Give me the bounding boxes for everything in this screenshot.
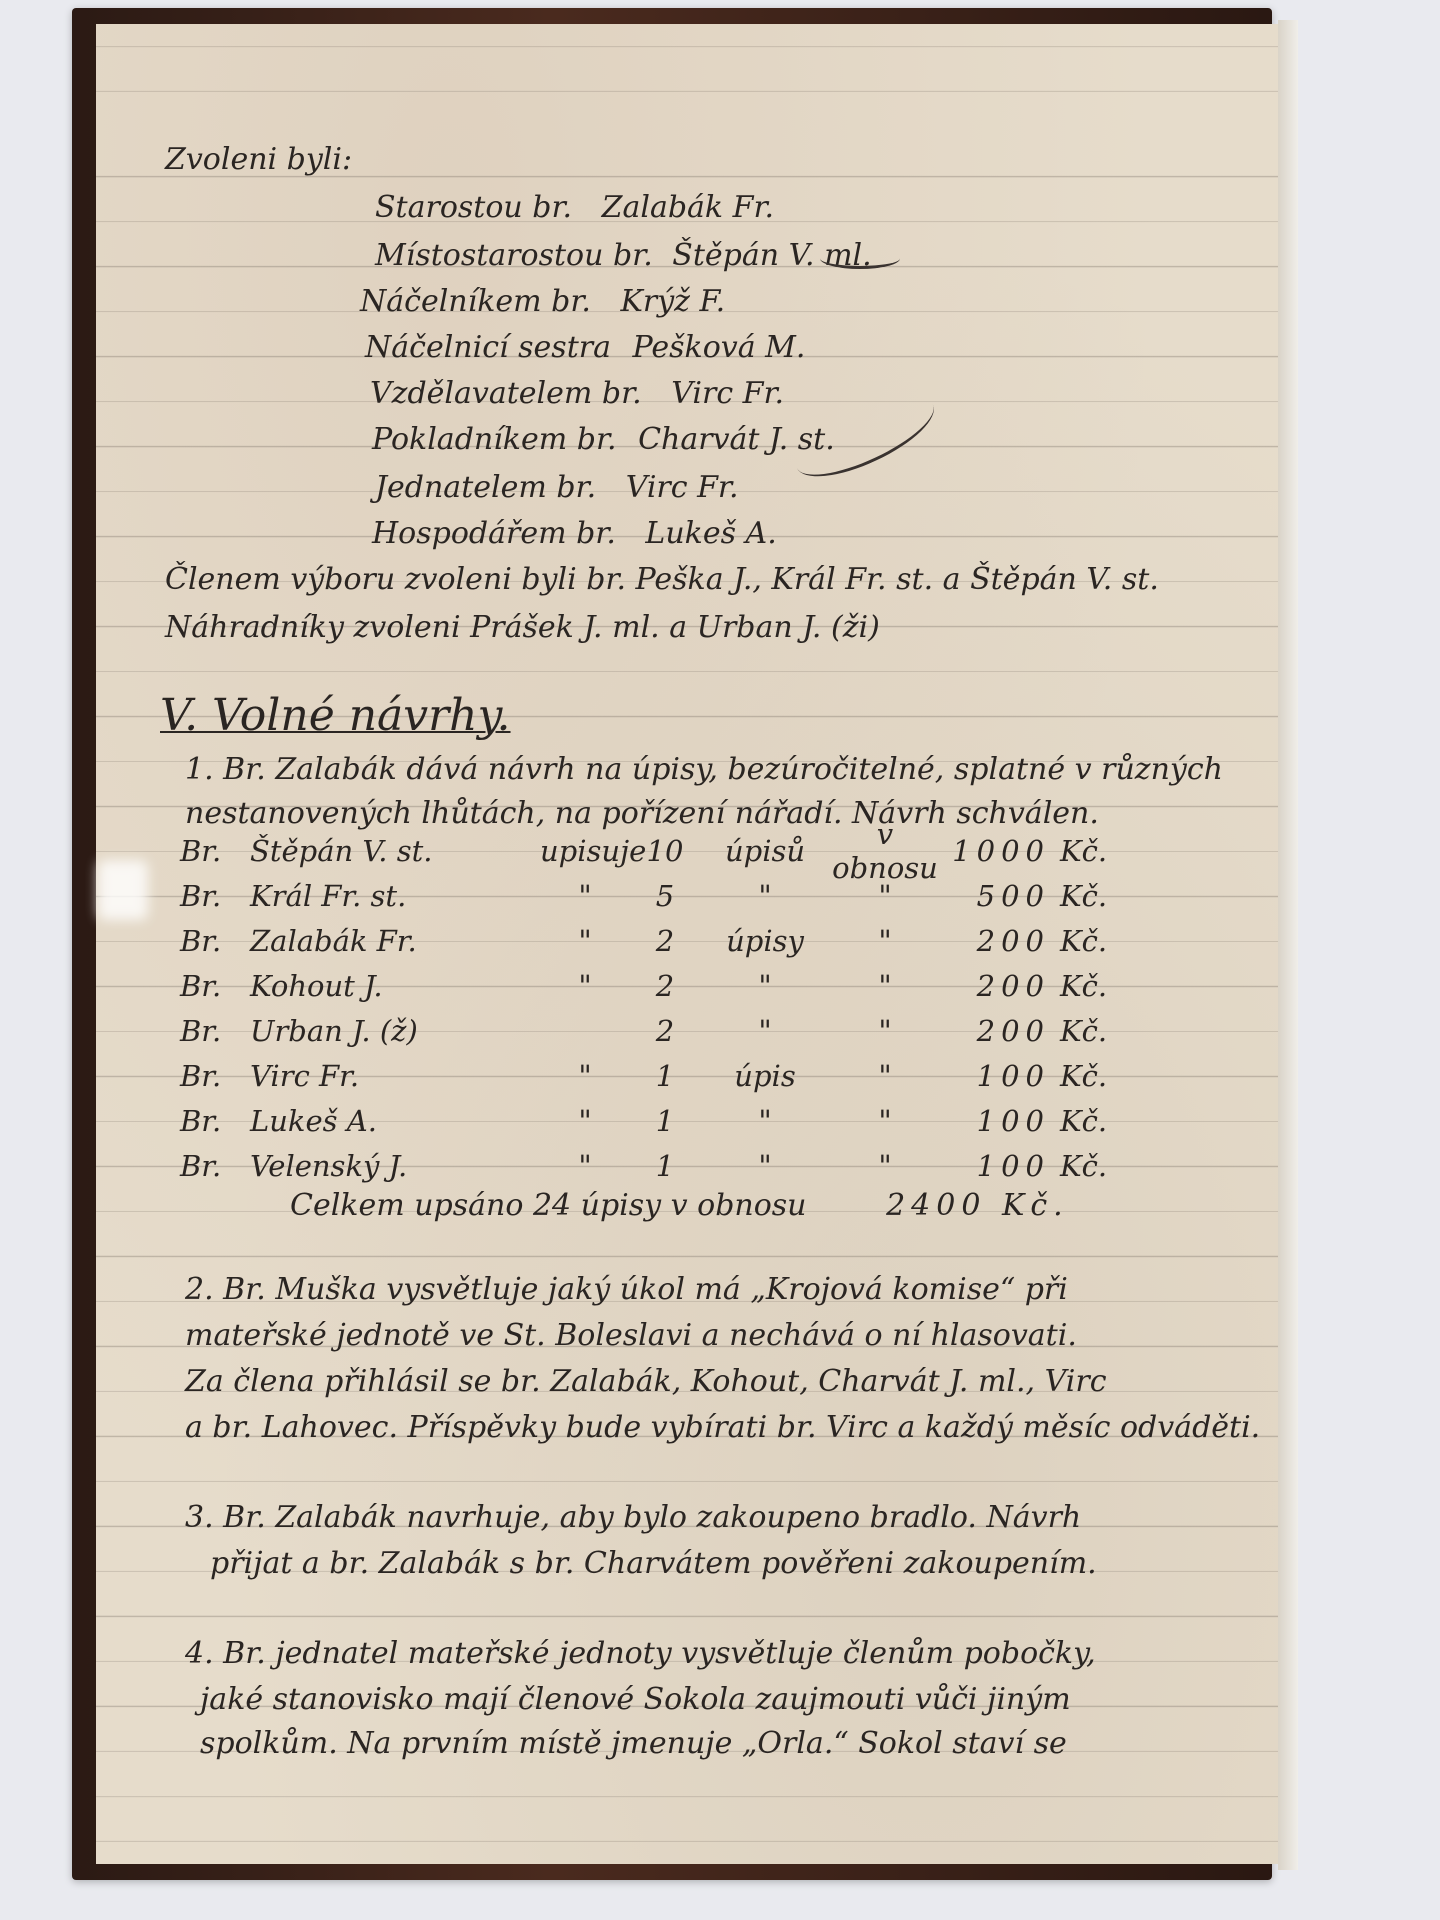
item-2-line-1: 2. Br. Muška vysvětluje jaký úkol má „Kr… bbox=[185, 1272, 1068, 1307]
committee-line: Členem výboru zvoleni byli br. Peška J.,… bbox=[165, 562, 1159, 597]
item-2-line-2: mateřské jednotě ve St. Boleslavi a nech… bbox=[185, 1318, 1077, 1353]
item-2-line-3: Za člena přihlásil se br. Zalabák, Kohou… bbox=[185, 1364, 1107, 1399]
item-4-line-2: jaké stanovisko mají členové Sokola zauj… bbox=[200, 1682, 1071, 1717]
subscription-row: Br. Virc Fr. " 1 úpis " 100 Kč. bbox=[180, 1053, 1120, 1098]
item-2-line-4: a br. Lahovec. Příspěvky bude vybírati b… bbox=[185, 1410, 1260, 1445]
page-edge bbox=[1278, 20, 1298, 1870]
officer-line: Jednatelem br. Virc Fr. bbox=[375, 470, 739, 505]
officer-line: Pokladníkem br. Charvát J. st. bbox=[372, 422, 835, 457]
subscription-row: Br. Urban J. (ž) 2 " " 200 Kč. bbox=[180, 1008, 1120, 1053]
subscription-row: Br. Zalabák Fr. " 2 úpisy " 200 Kč. bbox=[180, 918, 1120, 963]
officer-line: Vzdělavatelem br. Virc Fr. bbox=[370, 376, 784, 411]
subscription-row: Br. Štěpán V. st. upisuje 10 úpisů v obn… bbox=[180, 828, 1120, 873]
subscription-row: Br. Lukeš A. " 1 " " 100 Kč. bbox=[180, 1098, 1120, 1143]
substitutes-line: Náhradníky zvoleni Prášek J. ml. a Urban… bbox=[165, 610, 880, 645]
officer-line: Místostarostou br. Štěpán V. ml. bbox=[375, 238, 872, 273]
item-3-line-1: 3. Br. Zalabák navrhuje, aby bylo zakoup… bbox=[185, 1500, 1081, 1535]
elected-heading: Zvoleni byli: bbox=[165, 142, 352, 177]
subscription-row: Br. Král Fr. st. " 5 " " 500 Kč. bbox=[180, 873, 1120, 918]
subscriptions-table: Br. Štěpán V. st. upisuje 10 úpisů v obn… bbox=[180, 828, 1120, 1188]
officer-line: Náčelnicí sestra Pešková M. bbox=[365, 330, 805, 365]
item-1-line-1: 1. Br. Zalabák dává návrh na úpisy, bezú… bbox=[185, 752, 1223, 787]
item-4-line-1: 4. Br. jednatel mateřské jednoty vysvětl… bbox=[185, 1636, 1096, 1671]
ink-flourish bbox=[820, 248, 900, 269]
item-1-line-2: nestanovených lhůtách, na pořízení nářad… bbox=[185, 796, 1099, 831]
subscriptions-total: Celkem upsáno 24 úpisy v obnosu 2400 Kč. bbox=[290, 1188, 1069, 1223]
officer-line: Hospodářem br. Lukeš A. bbox=[372, 516, 777, 551]
subscription-row: Br. Velenský J. " 1 " " 100 Kč. bbox=[180, 1143, 1120, 1188]
section-heading: V. Volné návrhy. bbox=[160, 690, 511, 741]
total-amount: 2400 Kč. bbox=[886, 1188, 1069, 1223]
item-4-line-3: spolkům. Na prvním místě jmenuje „Orla.“… bbox=[200, 1726, 1067, 1761]
officer-line: Náčelníkem br. Krýž F. bbox=[360, 284, 725, 319]
item-3-line-2: přijat a br. Zalabák s br. Charvátem pov… bbox=[210, 1546, 1097, 1581]
officer-line: Starostou br. Zalabák Fr. bbox=[375, 190, 774, 225]
subscription-row: Br. Kohout J. " 2 " " 200 Kč. bbox=[180, 963, 1120, 1008]
glass-glare bbox=[98, 860, 148, 920]
